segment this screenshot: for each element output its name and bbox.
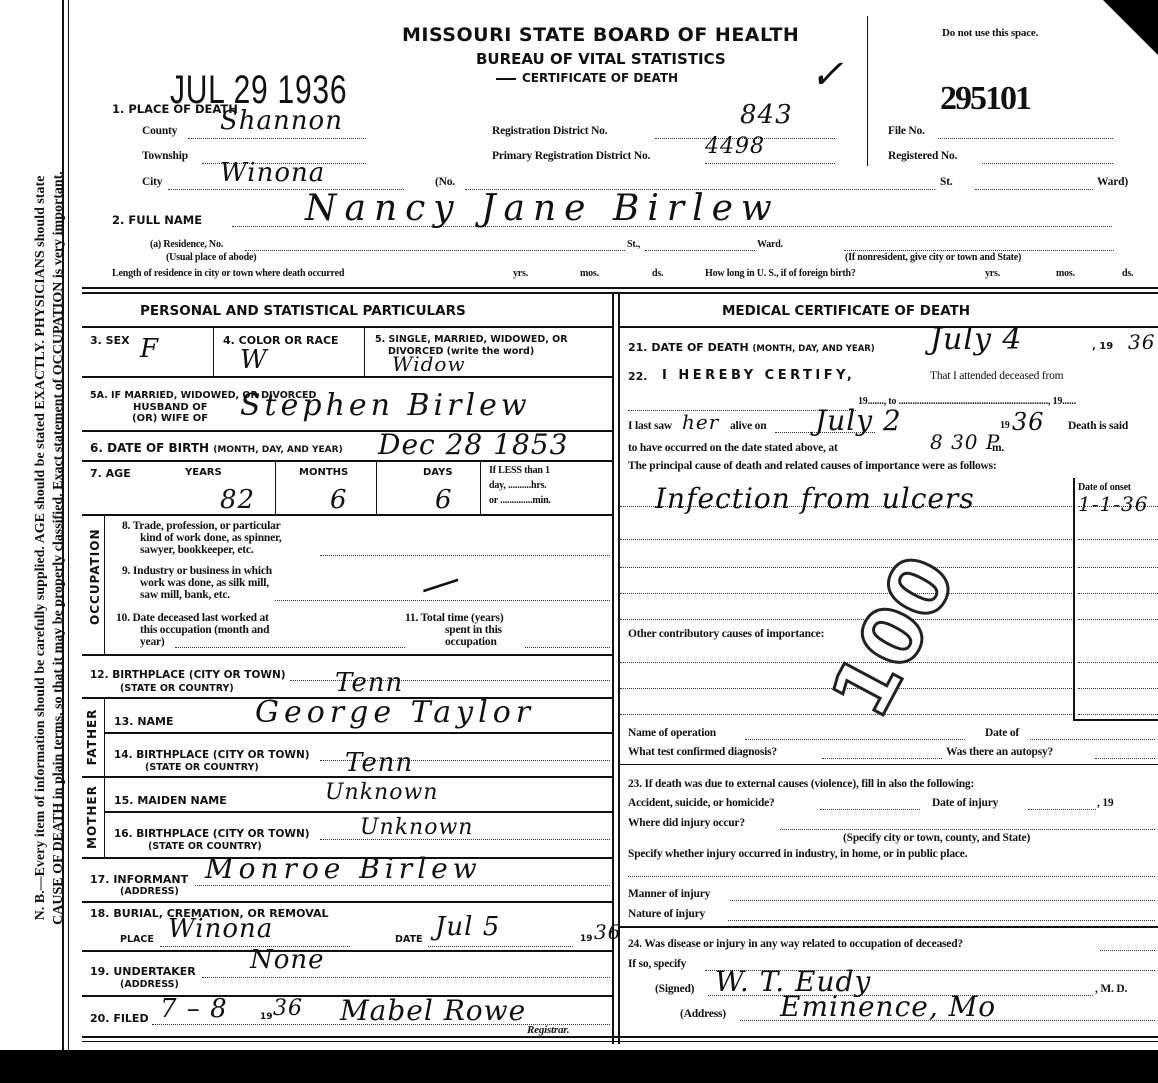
age-days-value: 6 (435, 485, 453, 515)
marital-value: Widow (392, 352, 466, 376)
father-birthplace-label: 14. BIRTHPLACE (CITY OR TOWN) (114, 749, 310, 761)
line (82, 376, 612, 378)
dash-decoration (496, 78, 516, 80)
mother-birthplace-sub: (STATE OR COUNTRY) (148, 841, 262, 852)
margin-note-line-1: N. B.—Every item of information should b… (32, 28, 50, 1068)
q9-line3: saw mill, bank, etc. (140, 589, 230, 601)
age-years-value: 82 (220, 485, 255, 515)
cause-line-5[interactable] (620, 618, 1072, 620)
medical-section-title: MEDICAL CERTIFICATE OF DEATH (722, 303, 970, 319)
registrar-signature: Mabel Rowe (340, 994, 526, 1027)
dod-label-text: 21. DATE OF DEATH (628, 341, 749, 354)
file-no-label: File No. (888, 125, 925, 137)
onset-line-7[interactable] (1078, 687, 1158, 689)
diagnosis-test-field[interactable] (822, 748, 942, 759)
street-no-label: (No. (435, 176, 455, 188)
sex-label: 3. SEX (90, 334, 130, 347)
operation-date-label: Date of (985, 727, 1019, 739)
injury-date-label: Date of injury (932, 797, 998, 809)
informant-value: Monroe Birlew (205, 852, 482, 885)
registrar-label: Registrar. (527, 1024, 569, 1036)
q10-line2: this occupation (month and (140, 624, 269, 636)
informant-label: 17. INFORMANT (90, 873, 188, 886)
residence-ward-label: Ward. (757, 239, 783, 250)
foreign-ds-label: ds. (1122, 268, 1133, 279)
residence-label: (a) Residence, No. (150, 239, 223, 250)
q11-field[interactable] (525, 637, 610, 648)
occurred-time-value: 8 30 P (930, 430, 1000, 454)
full-name-label: 2. FULL NAME (112, 213, 202, 227)
alive-on-value: July 2 (815, 404, 902, 437)
onset-line-5[interactable] (1078, 618, 1158, 620)
left-border (62, 0, 64, 1050)
length-residence-label: Length of residence in city or town wher… (112, 268, 344, 279)
form-name-text: CERTIFICATE OF DEATH (522, 71, 678, 85)
occupation-side-label: OCCUPATION (88, 535, 102, 625)
foreign-birth-label: How long in U. S., if of foreign birth? (705, 268, 856, 279)
mother-maiden-label: 15. MAIDEN NAME (114, 794, 227, 807)
occurred-label: to have occurred on the date stated abov… (628, 442, 838, 454)
left-border-inner (68, 0, 69, 1050)
personal-section-title: PERSONAL AND STATISTICAL PARTICULARS (140, 303, 466, 319)
q10-field[interactable] (175, 637, 405, 648)
injury-year-prefix: , 19 (1097, 797, 1113, 809)
county-value: Shannon (220, 106, 343, 136)
onset-line-6[interactable] (1078, 661, 1158, 663)
cause-line-4[interactable] (620, 592, 1072, 594)
residence-sub: (Usual place of abode) (166, 252, 256, 263)
mother-birthplace-label: 16. BIRTHPLACE (CITY OR TOWN) (114, 828, 310, 840)
operation-field[interactable] (745, 729, 965, 740)
q8-line2: kind of work done, as spinner, (140, 532, 282, 544)
age-days-label: DAYS (423, 467, 453, 478)
line (82, 950, 612, 952)
age-label: 7. AGE (90, 467, 131, 480)
primary-reg-label: Primary Registration District No. (492, 150, 650, 162)
cause-line-2[interactable] (620, 538, 1072, 540)
undertaker-label: 19. UNDERTAKER (90, 965, 196, 978)
bureau-title: BUREAU OF VITAL STATISTICS (476, 50, 726, 68)
less-than-day-hrs: day, ..........hrs. (489, 480, 547, 491)
physician-address: Eminence, Mo (780, 990, 996, 1023)
nonresident-field[interactable] (844, 240, 1114, 251)
accident-field[interactable] (820, 799, 920, 810)
filed-value: 7 – 8 (160, 994, 228, 1024)
burial-date-label: DATE (395, 934, 422, 945)
city-label: City (142, 176, 162, 188)
residence-field[interactable] (245, 240, 625, 251)
dod-label: 21. DATE OF DEATH (MONTH, DAY, AND YEAR) (628, 341, 875, 354)
specify-location-label: Specify whether injury occurred in indus… (628, 848, 967, 860)
cause-intro: The principal cause of death and related… (628, 460, 997, 472)
burial-year-value: 36 (594, 920, 621, 944)
q8-field[interactable] (320, 545, 610, 556)
q9-line1: 9. Industry or business in which (122, 565, 272, 577)
line (104, 732, 612, 734)
line (480, 460, 481, 514)
registered-no-label: Registered No. (888, 150, 957, 162)
foreign-yrs-label: yrs. (985, 268, 1000, 279)
if-so-label: If so, specify (628, 958, 686, 970)
file-number-stamp: 295101 (940, 80, 1030, 118)
cause-value: Infection from ulcers (655, 482, 975, 515)
section-divider-top-2 (82, 292, 1158, 294)
specify-location-field[interactable] (628, 875, 1155, 877)
dob-value: Dec 28 1853 (378, 428, 568, 461)
onset-line-2[interactable] (1078, 538, 1158, 540)
occurred-m: m. (992, 442, 1004, 454)
q10-line3: year) (140, 636, 165, 648)
onset-line-4[interactable] (1078, 592, 1158, 594)
last-saw-label: I last saw (628, 420, 672, 432)
checkmark: ✓ (810, 52, 845, 98)
filed-label: 20. FILED (90, 1012, 149, 1025)
q9-line2: work was done, as silk mill, (140, 577, 269, 589)
line (376, 460, 377, 514)
line (104, 514, 105, 654)
header-divider (867, 16, 868, 166)
q23-label: 23. If death was due to external causes … (628, 778, 974, 790)
place-of-death-label: 1. PLACE OF DEATH (112, 102, 238, 116)
father-birthplace-sub: (STATE OR COUNTRY) (145, 762, 259, 773)
line (82, 776, 612, 778)
onset-column-bottom (1073, 719, 1158, 721)
board-title: MISSOURI STATE BOARD OF HEALTH (402, 24, 799, 46)
q10-line1: 10. Date deceased last worked at (116, 612, 269, 624)
certify-number: 22. (628, 370, 648, 383)
onset-column-border (1073, 478, 1075, 720)
burial-year-prefix: 19 (580, 934, 593, 944)
father-name-label: 13. NAME (114, 715, 174, 728)
other-cause-line-3[interactable] (620, 713, 1072, 715)
residence-st-label: St., (627, 239, 640, 250)
q9-value: — (414, 555, 467, 611)
nonresident-note: (If nonresident, give city or town and S… (845, 252, 1021, 263)
q11-line3: occupation (445, 636, 497, 648)
q24-label: 24. Was disease or injury in any way rel… (628, 938, 963, 950)
dob-sub: (MONTH, DAY, AND YEAR) (213, 445, 342, 455)
diagnosis-test-label: What test confirmed diagnosis? (628, 746, 777, 758)
death-said-label: Death is said (1068, 420, 1128, 432)
accident-label: Accident, suicide, or homicide? (628, 797, 775, 809)
bottom-rule-2 (82, 1041, 1158, 1042)
q11-line1: 11. Total time (years) (405, 612, 503, 624)
spouse-label-3: (OR) WIFE OF (132, 413, 208, 424)
spouse-value: Stephen Birlew (240, 388, 531, 423)
scan-border-bottom (0, 1050, 1158, 1083)
birthplace-sub: (STATE OR COUNTRY) (120, 683, 234, 694)
mother-maiden-value: Unknown (325, 780, 438, 805)
onset-line-8[interactable] (1078, 713, 1158, 715)
operation-label: Name of operation (628, 727, 716, 739)
where-injury-label: Where did injury occur? (628, 817, 745, 829)
signed-label: (Signed) (655, 983, 694, 995)
dod-year-prefix: , 19 (1092, 341, 1113, 352)
registered-no-field[interactable] (982, 151, 1113, 164)
certify-rest: That I attended deceased from (930, 370, 1063, 382)
age-years-label: YEARS (185, 467, 222, 478)
line (82, 514, 612, 516)
margin-note-line-2: CAUSE OF DEATH in plain terms, so that i… (50, 28, 68, 1068)
city-value: Winona (220, 158, 325, 188)
line (104, 811, 612, 813)
foreign-mos-label: mos. (1056, 268, 1075, 279)
operation-date-field[interactable] (1030, 729, 1155, 740)
birthplace-value: Tenn (335, 668, 403, 698)
line (82, 654, 612, 656)
last-saw-value: her (682, 410, 719, 434)
dod-value: July 4 (930, 322, 1023, 357)
where-injury-field[interactable] (780, 819, 1155, 830)
less-than-day-min: or ..............min. (489, 495, 551, 506)
filed-year-value: 36 (273, 996, 303, 1021)
line (364, 326, 365, 376)
line (82, 326, 612, 328)
certify-heading: I HEREBY CERTIFY, (662, 368, 855, 383)
autopsy-label: Was there an autopsy? (946, 746, 1053, 758)
birthplace-label: 12. BIRTHPLACE (CITY OR TOWN) (90, 669, 286, 681)
q24-field[interactable] (1100, 940, 1155, 951)
q8-line1: 8. Trade, profession, or particular (122, 520, 281, 532)
dod-year-value: 36 (1128, 330, 1155, 354)
alive-year-prefix: 19 (1000, 420, 1010, 431)
mother-side-label: MOTHER (85, 789, 99, 849)
q8-line3: sawyer, bookkeeper, etc. (140, 544, 254, 556)
burial-place-value: Winona (168, 914, 273, 944)
manner-injury-field[interactable] (730, 890, 1155, 901)
race-value: W (240, 345, 268, 375)
line (618, 326, 1158, 328)
do-not-use-note: Do not use this space. (942, 27, 1038, 39)
nature-injury-field[interactable] (728, 910, 1155, 921)
spouse-label-2: HUSBAND OF (133, 402, 208, 413)
undertaker-value: None (250, 945, 325, 975)
injury-date-field[interactable] (1028, 799, 1096, 810)
autopsy-field[interactable] (1095, 748, 1155, 759)
county-label: County (142, 125, 177, 137)
line (618, 764, 1158, 765)
ward-label: Ward) (1097, 176, 1128, 188)
undertaker-sub: (ADDRESS) (120, 979, 179, 990)
reg-district-label: Registration District No. (492, 125, 607, 137)
alive-year-value: 36 (1012, 408, 1045, 436)
father-side-label: FATHER (85, 707, 99, 767)
dod-sub: (MONTH, DAY, AND YEAR) (753, 344, 875, 354)
less-than-day-label: If LESS than 1 (489, 465, 550, 476)
filed-year-prefix: 19 (260, 1012, 273, 1022)
burial-date-value: Jul 5 (435, 912, 500, 942)
manner-injury-label: Manner of injury (628, 888, 710, 900)
onset-value: 1-1-36 (1078, 492, 1148, 516)
nature-injury-label: Nature of injury (628, 908, 705, 920)
street-st-label: St. (940, 176, 953, 188)
residence-ward-field[interactable] (645, 240, 755, 251)
line (618, 926, 1158, 928)
cause-line-3[interactable] (620, 566, 1072, 568)
length-mos-label: mos. (580, 268, 599, 279)
section-divider-top (82, 287, 1158, 289)
dob-label-text: 6. DATE OF BIRTH (90, 441, 209, 455)
md-label: , M. D. (1095, 983, 1127, 995)
mother-birthplace-value: Unknown (360, 815, 473, 840)
line (82, 901, 612, 903)
township-label: Township (142, 150, 188, 162)
sex-value: F (140, 334, 159, 364)
onset-line-3[interactable] (1078, 566, 1158, 568)
where-injury-sub: (Specify city or town, county, and State… (843, 832, 1030, 844)
age-months-label: MONTHS (299, 467, 348, 478)
informant-sub: (ADDRESS) (120, 886, 179, 897)
onset-line-1[interactable] (1078, 505, 1158, 507)
line (275, 460, 276, 514)
length-ds-label: ds. (652, 268, 663, 279)
scan-corner (1103, 0, 1158, 55)
coding-stamp: 100 (813, 541, 974, 732)
bottom-rule (82, 1036, 1158, 1038)
length-yrs-label: yrs. (513, 268, 528, 279)
burial-place-label: PLACE (120, 934, 154, 945)
line (82, 460, 612, 462)
full-name-value: Nancy Jane Birlew (305, 188, 780, 229)
line (213, 326, 214, 376)
file-no-field[interactable] (938, 126, 1113, 139)
primary-reg-value: 4498 (705, 134, 765, 159)
reg-district-value: 843 (740, 100, 793, 130)
dob-label: 6. DATE OF BIRTH (MONTH, DAY, AND YEAR) (90, 441, 343, 455)
age-months-value: 6 (330, 485, 348, 515)
q11-line2: spent in this (445, 624, 502, 636)
father-birthplace-value: Tenn (345, 748, 413, 778)
alive-on-label: alive on (730, 420, 766, 432)
marital-label-1: 5. SINGLE, MARRIED, WIDOWED, OR (375, 334, 568, 345)
father-name-value: George Taylor (255, 695, 535, 730)
form-name: CERTIFICATE OF DEATH (496, 71, 678, 85)
ward-field[interactable] (975, 177, 1093, 190)
address-label: (Address) (680, 1008, 726, 1020)
other-causes-label: Other contributory causes of importance: (628, 628, 824, 640)
